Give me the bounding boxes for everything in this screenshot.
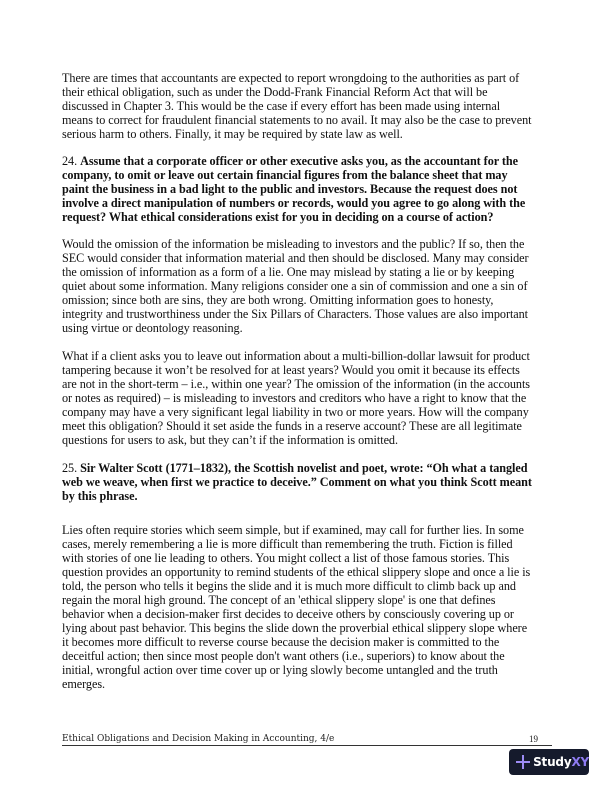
question-24-number: 24. — [62, 154, 80, 168]
answer-24-paragraph-2: What if a client asks you to leave out i… — [62, 349, 562, 447]
footer-book-title: Ethical Obligations and Decision Making … — [62, 733, 334, 745]
studyxy-badge[interactable]: StudyXY — [509, 749, 589, 775]
question-25: 25. Sir Walter Scott (1771–1832), the Sc… — [62, 461, 562, 503]
plus-icon — [516, 755, 528, 769]
footer-page-number: 19 — [529, 733, 538, 745]
badge-label-accent: XY — [571, 755, 589, 769]
footer-divider — [62, 745, 552, 746]
question-25-number: 25. — [62, 461, 80, 475]
answer-24-paragraph-1: Would the omission of the information be… — [62, 237, 562, 335]
paragraph-intro: There are times that accountants are exp… — [62, 71, 562, 141]
question-25-text: Sir Walter Scott (1771–1832), the Scotti… — [62, 461, 532, 503]
answer-25-paragraph: Lies often require stories which seem si… — [62, 523, 562, 691]
badge-label-main: Study — [533, 755, 571, 769]
question-24-text: Assume that a corporate officer or other… — [62, 154, 525, 224]
document-page: There are times that accountants are exp… — [0, 0, 612, 792]
question-24: 24. Assume that a corporate officer or o… — [62, 154, 562, 224]
